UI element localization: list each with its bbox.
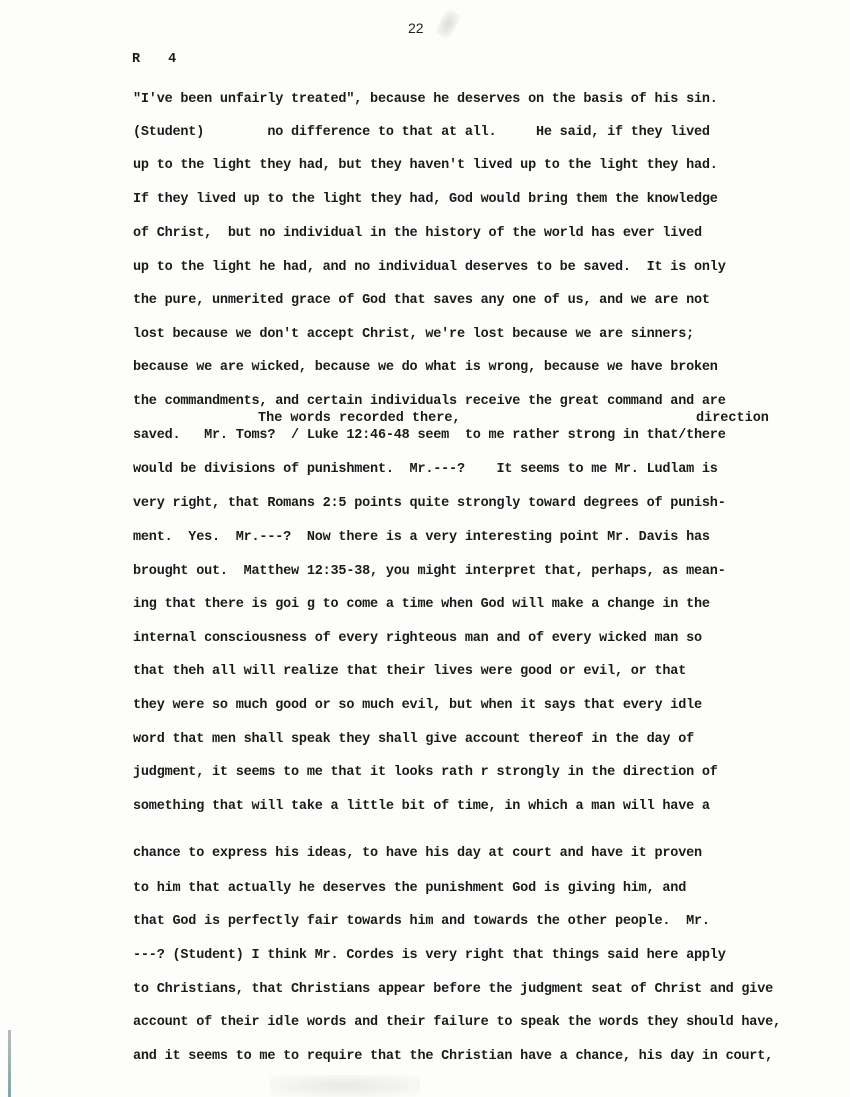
text-line: saved. Mr. Toms? / Luke 12:46-48 seem to… [133, 428, 726, 443]
text-line: that God is perfectly fair towards him a… [133, 914, 710, 929]
text-line: to Christians, that Christians appear be… [133, 982, 773, 997]
typed-document-page: 22 R4 "I've been unfairly treated", beca… [0, 0, 850, 1097]
text-line: ---? (Student) I think Mr. Cordes is ver… [133, 948, 726, 963]
text-line: lost because we don't accept Christ, we'… [133, 327, 694, 342]
text-line: the commandments, and certain individual… [133, 394, 726, 409]
text-line: "I've been unfairly treated", because he… [133, 92, 718, 107]
text-line: would be divisions of punishment. Mr.---… [133, 462, 718, 477]
text-line: ment. Yes. Mr.---? Now there is a very i… [133, 530, 710, 545]
text-line: ing that there is goi g to come a time w… [133, 597, 710, 612]
text-line: because we are wicked, because we do wha… [133, 360, 718, 375]
ink-smudge [434, 8, 462, 40]
text-line: the pure, unmerited grace of God that sa… [133, 293, 710, 308]
text-line: If they lived up to the light they had, … [133, 192, 718, 207]
text-line: that theh all will realize that their li… [133, 664, 686, 679]
text-line: internal consciousness of every righteou… [133, 631, 702, 646]
text-line: of Christ, but no individual in the hist… [133, 226, 702, 241]
reference-code: R4 [132, 52, 204, 67]
page-number: 22 [408, 20, 424, 36]
text-line: word that men shall speak they shall giv… [133, 732, 694, 747]
text-line: up to the light they had, but they haven… [133, 158, 718, 173]
text-line: very right, that Romans 2:5 points quite… [133, 496, 726, 511]
text-line: and it seems to me to require that the C… [133, 1049, 773, 1064]
page-edge-mark [8, 1030, 11, 1097]
text-line: up to the light he had, and no individua… [133, 260, 726, 275]
text-line: (Student) no difference to that at all. … [133, 125, 710, 140]
interlinear-note: direction [696, 411, 769, 426]
text-line: chance to express his ideas, to have his… [133, 846, 702, 861]
interlinear-note: The words recorded there, [258, 411, 461, 426]
paper-stain [270, 1075, 420, 1097]
text-line: account of their idle words and their fa… [133, 1015, 781, 1030]
text-line: judgment, it seems to me that it looks r… [133, 765, 718, 780]
text-line: something that will take a little bit of… [133, 799, 710, 814]
text-line: they were so much good or so much evil, … [133, 698, 702, 713]
text-line: brought out. Matthew 12:35-38, you might… [133, 564, 726, 579]
text-line: to him that actually he deserves the pun… [133, 881, 686, 896]
ref-number: 4 [168, 52, 176, 67]
ref-letter: R [132, 52, 140, 67]
